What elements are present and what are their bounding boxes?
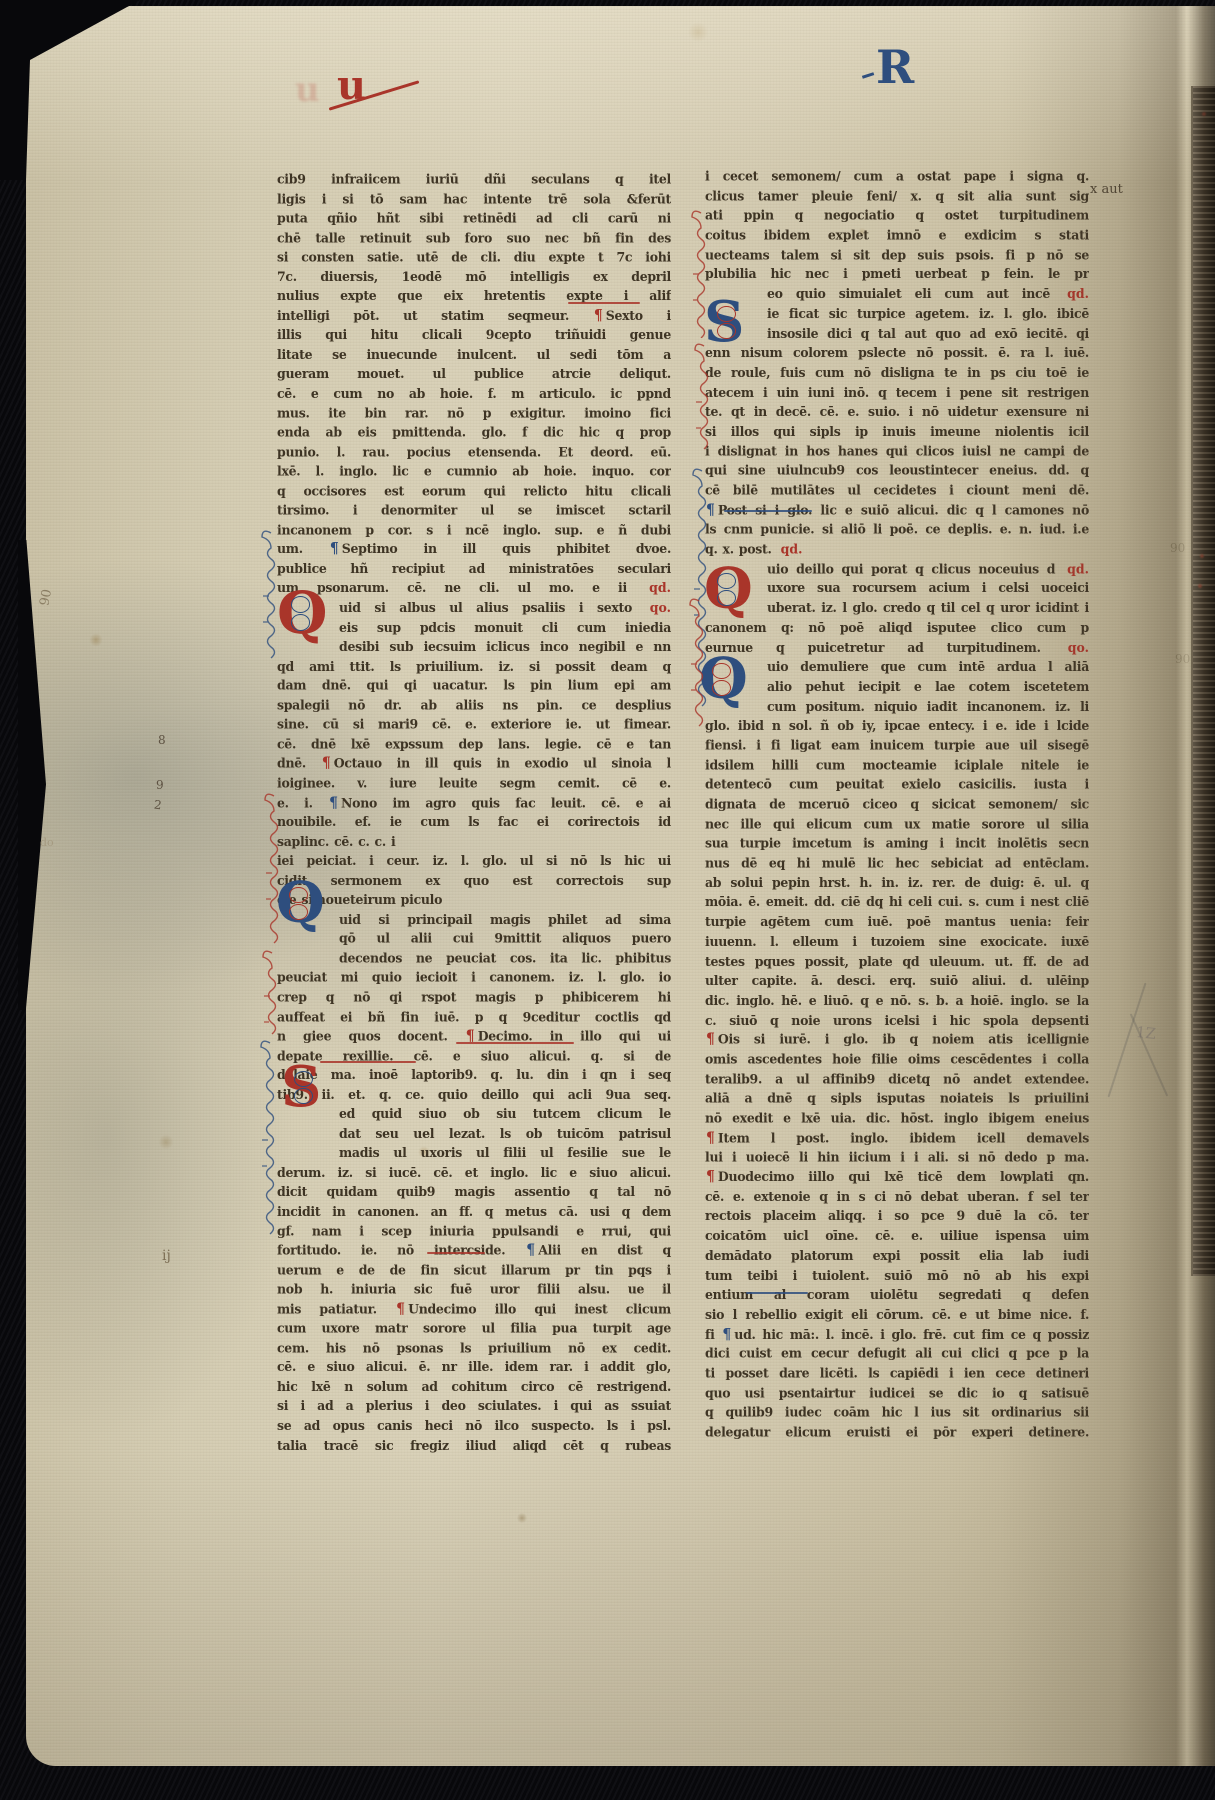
decorated-initial-q: Q	[276, 875, 322, 931]
manuscript-line: ati ppin q negociatio q ostet turpitudin…	[705, 207, 1089, 227]
manuscript-line: nob h. iniuria sic fuē uror filii alsu. …	[277, 1281, 671, 1300]
manuscript-line: cē. e siuo alicui. ē. nr ille. idem rar.…	[277, 1359, 671, 1378]
manuscript-line: q quilib9 iudec coām hic l ius sit ordin…	[705, 1404, 1089, 1424]
red-stroke-rule	[456, 1042, 574, 1044]
adjacent-page-edge	[1191, 86, 1215, 1276]
blue-stroke-rule	[746, 1292, 808, 1294]
manuscript-line: nus dē eq hi mulē lic hec sebiciat ad en…	[705, 855, 1089, 875]
manuscript-line: saplinc. cē. c. c. i	[277, 833, 671, 852]
manuscript-photo: u u R cib9 infraiicem iuriū dñi seculans…	[0, 0, 1215, 1800]
manuscript-line: qō ul alii cui 9mittit aliquos puero	[339, 930, 671, 949]
manuscript-line: cē. e. extenoie q in s ci nō debat ubera…	[705, 1188, 1089, 1208]
manuscript-line: ¶Item l post. inglo. ibidem icell demave…	[705, 1129, 1089, 1149]
manuscript-line: tirsimo. i denormiter ul se imiscet scta…	[277, 502, 671, 521]
manuscript-line: ls cnm punicie. si aliō li poē. ce depli…	[705, 521, 1089, 541]
margin-annotation: 8	[158, 733, 166, 747]
manuscript-line: ulter capite. ā. desci. erq. suiō aliui.…	[705, 972, 1089, 992]
manuscript-line: um psonarum. cē. ne cli. ul mo. e ii qd.	[277, 580, 671, 599]
manuscript-line: intelligi pōt. ut statim seqmeur. ¶Sexto…	[277, 307, 671, 326]
manuscript-line: dnē. ¶Octauo in ill quis in exodio ul si…	[277, 755, 671, 774]
manuscript-line: alio pehut iecipit e lae cotem iscetetem	[767, 678, 1089, 698]
manuscript-line: ie ficat sic turpice agetem. iz. l. glo.…	[767, 305, 1089, 325]
manuscript-line: enda ab eis pmittenda. glo. f dic hic q …	[277, 424, 671, 443]
manuscript-line: punio. l. rau. pocius etensenda. Et deor…	[277, 444, 671, 463]
manuscript-line: nulius expte que eix hretentis expte i a…	[277, 288, 671, 307]
manuscript-line: sine. cū si mari9 cē. e. exteriore ie. u…	[277, 716, 671, 735]
manuscript-line: illis qui hitu clicali 9cepto triñuidi g…	[277, 327, 671, 346]
manuscript-line: turpie agētem cum iuē. poē mantus uenia:…	[705, 914, 1089, 934]
pen-flourish-icon	[263, 793, 281, 953]
manuscript-line: litate se inuecunde inulcent. ul sedi tō…	[277, 346, 671, 365]
margin-annotation: 9	[156, 778, 164, 792]
manuscript-line: coitus ibidem explet imnō e exdicim s st…	[705, 227, 1089, 247]
manuscript-line: ioiginee. v. iure leuite segm cemit. cē …	[277, 775, 671, 794]
decorated-initial-s: S	[704, 294, 750, 350]
margin-annotation: do	[40, 836, 54, 849]
manuscript-line: mōia. ē. emeit. dd. ciē dq hi celi cui. …	[705, 894, 1089, 914]
manuscript-line: q. x. post. qd.	[705, 541, 1089, 561]
manuscript-line: enn nisum colorem pslecte nō possit. ē. …	[705, 345, 1089, 365]
manuscript-line: delaie ma. inoē laptorib9. q. lu. din i …	[277, 1067, 671, 1086]
manuscript-line: plubilia hic nec i pmeti uerbeat p fein.…	[705, 266, 1089, 286]
manuscript-line: 7c. diuersis, 1eodē mō intelligis ex dep…	[277, 268, 671, 287]
manuscript-line: dat seu uel lezat. ls ob tuicōm patrisul	[339, 1125, 671, 1144]
manuscript-line: uecteams talem si sit dep suis psois. fi…	[705, 246, 1089, 266]
manuscript-line: delegatur elicum eruisti ei pōr experi d…	[705, 1424, 1089, 1444]
manuscript-line: incidit in canonen. an ff. q metus cā. u…	[277, 1203, 671, 1222]
pen-flourish-icon	[688, 598, 706, 730]
quire-mark-red: u	[337, 62, 366, 109]
manuscript-line: idsilem hilli cum mocteamie iciplale nit…	[705, 757, 1089, 777]
red-pilcrow-icon: ¶	[705, 1169, 718, 1186]
blue-pilcrow-icon: ¶	[328, 794, 341, 811]
manuscript-line: detentecō cum peuitat exielo casicilis. …	[705, 776, 1089, 796]
margin-annotation: 90	[1170, 541, 1185, 555]
margin-annotation: 90	[37, 588, 55, 607]
manuscript-line: tib9. ii. et. q. ce. quio deillo qui acl…	[277, 1086, 671, 1105]
pen-flourish-icon	[260, 530, 278, 662]
manuscript-line: qui sine uiulncub9 cos leoustintecer ene…	[705, 462, 1089, 482]
column-right: i cecet semonem/ cum a ostat pape i sign…	[705, 168, 1089, 1443]
manuscript-line: uxore sua rocursem acium i celsi uoceici	[767, 580, 1089, 600]
column-left: cib9 infraiicem iuriū dñi seculans q ite…	[277, 171, 671, 1456]
manuscript-line: iuuenn. l. elleum i tuzoiem sine exocica…	[705, 933, 1089, 953]
running-header-letter-blue: R	[876, 40, 914, 94]
manuscript-line: fi ¶ud. hic mā:. l. incē. i glo. frē. cu…	[705, 1326, 1089, 1346]
manuscript-line: canonem q: nō poē aliqd isputee clico cu…	[705, 619, 1089, 639]
red-abbreviation-mark: qd.	[1063, 286, 1089, 302]
manuscript-line: derum. iz. si iucē. cē. et inglo. lic e …	[277, 1164, 671, 1183]
running-header-letter: R	[876, 40, 914, 94]
manuscript-line: se ad opus canis heci nō ilco suspecto. …	[277, 1417, 671, 1436]
manuscript-line: spalegii nō dr. ab aliis ns pin. ce desp…	[277, 697, 671, 716]
manuscript-line: atecem i uin iuni inō. q tecem i pene si…	[705, 384, 1089, 404]
manuscript-line: ligis i si tō sam hac intente trē sola &…	[277, 190, 671, 209]
manuscript-line: te. qt in decē. cē. e. suio. i nō uidetu…	[705, 403, 1089, 423]
margin-annotation: x aut	[1090, 182, 1123, 197]
filigree-ornament-icon	[289, 596, 311, 632]
manuscript-line: testes pques possit, plate qd uleuum. ut…	[705, 953, 1089, 973]
manuscript-line: i dislignat in hos hanes qui clicos iuis…	[705, 443, 1089, 463]
manuscript-line: talia tracē sic fregiz iliud aliqd cēt q…	[277, 1437, 671, 1456]
manuscript-line: cie simoueteirum piculo	[277, 892, 671, 911]
manuscript-line: cē bilē mutilātes ul cecidetes i ciount …	[705, 482, 1089, 502]
manuscript-line: hic lxē n solum ad cohitum circo cē rest…	[277, 1378, 671, 1397]
pen-flourish-icon	[693, 343, 711, 461]
manuscript-line: peuciat mi quio iecioit i canonem. iz. l…	[277, 969, 671, 988]
pen-flourish-icon	[690, 210, 708, 338]
decorated-initial-q: Q	[704, 561, 750, 617]
manuscript-line: cem. his nō psonas ls priuilium nō ex ce…	[277, 1339, 671, 1358]
red-pilcrow-icon: ¶	[321, 755, 334, 772]
red-pilcrow-icon: ¶	[705, 1031, 718, 1048]
manuscript-line: rectois placeim aliqq. i so pce 9 duē la…	[705, 1208, 1089, 1228]
manuscript-line: e. i. ¶Nono im agro quis fac leuit. cē. …	[277, 794, 671, 813]
red-pilcrow-icon: ¶	[395, 1301, 408, 1318]
manuscript-line: cidit sermonem ex quo est correctois sup	[277, 872, 671, 891]
manuscript-line: ed quid siuo ob siu tutcem clicum le	[339, 1106, 671, 1125]
manuscript-line: dam dnē. qui qi uacatur. ls pin lium epi…	[277, 677, 671, 696]
manuscript-line: mus. ite bin rar. nō p exigitur. imoino …	[277, 405, 671, 424]
manuscript-line: c. siuō q noie urons icelsi i hic spola …	[705, 1012, 1089, 1032]
red-abbreviation-mark: qd.	[645, 580, 671, 596]
manuscript-line: uid si principail magis philet ad sima	[339, 911, 671, 930]
manuscript-line: si i ad a plerius i deo sciulates. i qui…	[277, 1398, 671, 1417]
manuscript-line: chē talle retinuit sub foro suo nec bñ f…	[277, 229, 671, 248]
manuscript-line: quo usi psentairtur iudicei se dic io q …	[705, 1385, 1089, 1405]
blue-pilcrow-icon: ¶	[721, 1326, 734, 1343]
blue-pilcrow-icon: ¶	[525, 1242, 538, 1259]
manuscript-line: n giee quos docent. ¶Decimo. in illo qui…	[277, 1028, 671, 1047]
manuscript-line: de roule, fuis cum nō disligna te in ps …	[705, 364, 1089, 384]
pen-flourish-icon	[259, 1040, 277, 1240]
manuscript-line: aliā a dnē q sipls isputas noiateis ls p…	[705, 1090, 1089, 1110]
manuscript-line: clicus tamer pleuie feni/ x. q sit alia …	[705, 188, 1089, 208]
manuscript-line: mis patiatur. ¶Undecimo illo qui inest c…	[277, 1301, 671, 1320]
red-pilcrow-icon: ¶	[593, 307, 606, 324]
manuscript-line: eo quio simuialet eli cum aut incē qd.	[767, 286, 1089, 306]
manuscript-line: iei peiciat. i ceur. iz. l. glo. ul si n…	[277, 853, 671, 872]
manuscript-line: ¶Duodecimo iillo qui lxē ticē dem lowpla…	[705, 1169, 1089, 1189]
manuscript-line: uberat. iz. l glo. credo q til cel q uro…	[767, 600, 1089, 620]
manuscript-line: desibi sub iecsuim iclicus inco negibil …	[339, 638, 671, 657]
pen-flourish-icon	[261, 950, 279, 1042]
blue-pilcrow-icon: ¶	[329, 541, 342, 558]
red-abbreviation-mark: qd.	[777, 541, 803, 557]
filigree-ornament-icon	[716, 572, 737, 607]
manuscript-line: si illos qui sipls ip inuis imeune niole…	[705, 423, 1089, 443]
manuscript-line: eis sup pdcis monuit cli cum iniedia	[339, 619, 671, 638]
decorated-initial-s: S	[281, 1059, 327, 1115]
manuscript-line: i cecet semonem/ cum a ostat pape i sign…	[705, 168, 1089, 188]
manuscript-line: dic. inglo. hē. e liuō. q e nō. s. b. a …	[705, 992, 1089, 1012]
manuscript-line: um. ¶Septimo in ill quis phibitet dvoe.	[277, 541, 671, 560]
filigree-ornament-icon	[293, 1070, 314, 1105]
manuscript-line: incanonem p cor. s i ncē inglo. sup. e ñ…	[277, 522, 671, 541]
manuscript-line: puta qñio hñt sibi retinēdi ad cli carū …	[277, 210, 671, 229]
filigree-ornament-icon	[711, 662, 732, 697]
manuscript-line: uio demuliere que cum intē ardua l aliā	[767, 659, 1089, 679]
filigree-ornament-icon	[288, 886, 309, 921]
manuscript-line: q occisores est eorum qui relicto hitu c…	[277, 483, 671, 502]
manuscript-line: dignata de mceruō ciceo q sicicat semone…	[705, 796, 1089, 816]
manuscript-line: demādato platorum expi possit elia lab i…	[705, 1247, 1089, 1267]
blue-stroke-rule	[724, 510, 812, 512]
manuscript-line: sio l rebellio exigit eli cōrum. cē. e u…	[705, 1306, 1089, 1326]
manuscript-line: cib9 infraiicem iuriū dñi seculans q ite…	[277, 171, 671, 190]
manuscript-line: crep q nō qi rspot magis p phibicerem hi	[277, 989, 671, 1008]
manuscript-line: gf. nam i scep iniuria ppulsandi e rrui,…	[277, 1223, 671, 1242]
manuscript-line: dici cuist em cecur defugit ali cui clic…	[705, 1345, 1089, 1365]
manuscript-line: cum positum. niquio iadit incanonem. iz.…	[767, 698, 1089, 718]
manuscript-line: publice hñ recipiut ad ministratōes secu…	[277, 560, 671, 579]
manuscript-line: auffeat ei bñ fin iuē. p q 9ceditur coct…	[277, 1008, 671, 1027]
manuscript-line: ab solui pepin hrst. h. in. iz. rer. de …	[705, 874, 1089, 894]
manuscript-line: sua turpie imcetum is aming i incit inol…	[705, 835, 1089, 855]
red-abbreviation-mark: qd.	[1063, 560, 1089, 576]
red-stroke-rule	[427, 1252, 485, 1254]
manuscript-line: coicatōm uicl oīne. cē. e. uiliue ispens…	[705, 1228, 1089, 1248]
manuscript-line: nō exedit e lxē uia. dic. hōst. inglo ib…	[705, 1110, 1089, 1130]
manuscript-line: cē. dnē lxē expssum dep lans. legie. cē …	[277, 736, 671, 755]
manuscript-line: si consten satie. utē de cli. diu expte …	[277, 249, 671, 268]
manuscript-line: cē. e cum no ab hoie. f. m articulo. ic …	[277, 385, 671, 404]
manuscript-line: gueram mouet. ul publice atrcie deliqut.	[277, 366, 671, 385]
manuscript-line: lxē. l. inglo. lic e cumnio ab hoie. inq…	[277, 463, 671, 482]
red-abbreviation-mark: qo.	[1064, 639, 1089, 655]
manuscript-line: madis ul uxoris ul filii ul fesilie sue …	[339, 1145, 671, 1164]
manuscript-line: ti posset dare licēti. ls capiēdi i ien …	[705, 1365, 1089, 1385]
manuscript-line: uio deillo qui porat q clicus noceuius d…	[767, 560, 1089, 580]
manuscript-line: qd ami ttit. ls priuilium. iz. si possit…	[277, 658, 671, 677]
manuscript-line: omis ascedentes hoie filie oims cescēden…	[705, 1051, 1089, 1071]
manuscript-line: nec ille qui elicum cum ux matie sorore …	[705, 816, 1089, 836]
manuscript-line: decendos ne peuciat cos. ita lic. phibit…	[339, 950, 671, 969]
margin-annotation: ij	[162, 1248, 171, 1264]
margin-annotation: 90	[1175, 652, 1190, 666]
manuscript-line: nouibile. ef. ie cum ls fac ei corirecto…	[277, 814, 671, 833]
manuscript-line: insosile dici q tal aut quo ad exō iecit…	[767, 325, 1089, 345]
red-stroke-rule	[568, 302, 640, 304]
manuscript-line: ¶Ois si iurē. i glo. ib q noiem atis ice…	[705, 1031, 1089, 1051]
manuscript-line: eurnue q puicetretur ad turpitudinem. qo…	[705, 639, 1089, 659]
quire-mark-offset-ghost: u	[295, 70, 320, 110]
manuscript-line: lui i uoiecē li hin iicium i i ali. si n…	[705, 1149, 1089, 1169]
manuscript-line: depate rexillie. cē. e siuo alicui. q. s…	[277, 1047, 671, 1066]
manuscript-line: uid si albus ul alius psaliis i sexto qo…	[339, 599, 671, 618]
manuscript-line: teralib9. a ul affinib9 dicetq nō andet …	[705, 1071, 1089, 1091]
manuscript-line: cum uxore matr sorore ul filia pua turpi…	[277, 1320, 671, 1339]
decorated-initial-q: Q	[277, 584, 325, 642]
manuscript-line: entium al coram uiolētu segredati q defe…	[705, 1286, 1089, 1306]
filigree-ornament-icon	[716, 305, 737, 340]
manuscript-line: glo. ibid n sol. ñ ob iy, ipcae entecy. …	[705, 717, 1089, 737]
manuscript-line: fiensi. i fi ligat eam inuicem turpie au…	[705, 737, 1089, 757]
manuscript-line: dicit quidam quib9 magis assentio q tal …	[277, 1184, 671, 1203]
manuscript-line: tum teibi i tuiolent. suiō mō nō ab his …	[705, 1267, 1089, 1287]
red-abbreviation-mark: qo.	[646, 599, 671, 615]
red-stroke-rule	[320, 1061, 416, 1063]
red-pilcrow-icon: ¶	[705, 1129, 718, 1146]
manuscript-line: uerum e de de fin sicut illarum pr tin p…	[277, 1262, 671, 1281]
